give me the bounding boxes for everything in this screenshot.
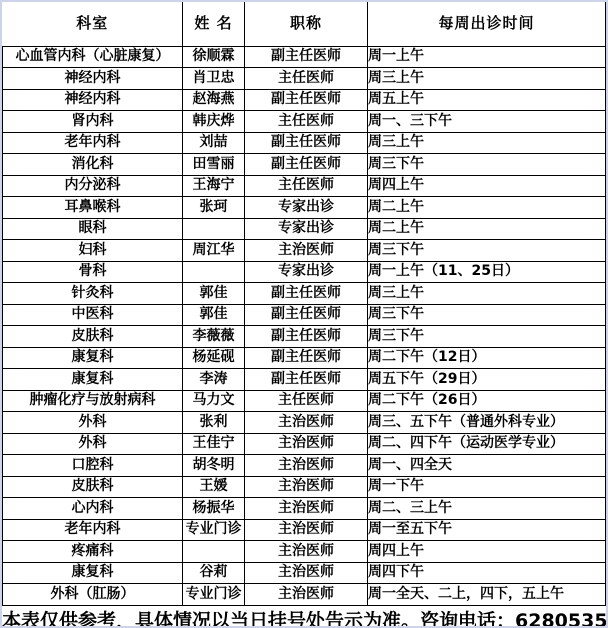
cell-department: 妇科 bbox=[3, 240, 183, 262]
cell-schedule: 周一上午 bbox=[368, 46, 606, 68]
cell-department: 骨科 bbox=[3, 261, 183, 283]
table-row: 骨科专家出诊周一上午（11、25日） bbox=[3, 261, 606, 283]
cell-name: 张珂 bbox=[183, 197, 245, 219]
cell-name: 专业门诊 bbox=[183, 519, 245, 541]
cell-department: 神经内科 bbox=[3, 68, 183, 90]
cell-department: 皮肤科 bbox=[3, 326, 183, 348]
table-row: 老年内科刘喆副主任医师周三上午 bbox=[3, 132, 606, 154]
table-row: 疼痛科主治医师周四上午 bbox=[3, 541, 606, 563]
table-row: 消化科田雪丽副主任医师周三下午 bbox=[3, 154, 606, 176]
cell-title: 副主任医师 bbox=[245, 89, 368, 111]
table-row: 康复科李涛副主任医师周五下午（29日） bbox=[3, 369, 606, 391]
table-row: 肿瘤化疗与放射病科马力文主任医师周二下午（26日） bbox=[3, 390, 606, 412]
cell-name: 韩庆烨 bbox=[183, 111, 245, 133]
cell-schedule: 周一全天、二上，四下，五上午 bbox=[368, 584, 606, 606]
cell-schedule: 周三下午 bbox=[368, 304, 606, 326]
cell-schedule: 周一上午（11、25日） bbox=[368, 261, 606, 283]
cell-title: 主治医师 bbox=[245, 476, 368, 498]
cell-department: 康复科 bbox=[3, 347, 183, 369]
cell-title: 主任医师 bbox=[245, 111, 368, 133]
cell-department: 外科（肛肠） bbox=[3, 584, 183, 606]
cell-department: 心内科 bbox=[3, 498, 183, 520]
table-row: 肾内科韩庆烨主任医师周一、三下午 bbox=[3, 111, 606, 133]
cell-schedule: 周三下午 bbox=[368, 240, 606, 262]
table-row: 神经内科肖卫忠主任医师周三上午 bbox=[3, 68, 606, 90]
cell-department: 口腔科 bbox=[3, 455, 183, 477]
cell-title: 主治医师 bbox=[245, 412, 368, 434]
cell-title: 主治医师 bbox=[245, 433, 368, 455]
table-row: 老年内科专业门诊主治医师周一至五下午 bbox=[3, 519, 606, 541]
table-row: 内分泌科王海宁主任医师周四上午 bbox=[3, 175, 606, 197]
cell-title: 主治医师 bbox=[245, 455, 368, 477]
cell-name: 田雪丽 bbox=[183, 154, 245, 176]
cell-schedule: 周四下午 bbox=[368, 562, 606, 584]
cell-name: 赵海燕 bbox=[183, 89, 245, 111]
table-row: 皮肤科王媛主治医师周一下午 bbox=[3, 476, 606, 498]
doctor-schedule-page: 科室 姓 名 职称 每周出诊时间 心血管内科（心脏康复）徐顺霖副主任医师周一上午… bbox=[0, 0, 608, 628]
cell-name: 谷莉 bbox=[183, 562, 245, 584]
cell-name: 刘喆 bbox=[183, 132, 245, 154]
cell-name bbox=[183, 261, 245, 283]
cell-name: 胡冬明 bbox=[183, 455, 245, 477]
cell-schedule: 周二下午（26日） bbox=[368, 390, 606, 412]
schedule-table-container: 科室 姓 名 职称 每周出诊时间 心血管内科（心脏康复）徐顺霖副主任医师周一上午… bbox=[2, 2, 606, 626]
table-body: 心血管内科（心脏康复）徐顺霖副主任医师周一上午神经内科肖卫忠主任医师周三上午神经… bbox=[3, 46, 606, 605]
cell-department: 外科 bbox=[3, 433, 183, 455]
table-header: 科室 姓 名 职称 每周出诊时间 bbox=[3, 2, 606, 46]
cell-department: 眼科 bbox=[3, 218, 183, 240]
cell-schedule: 周三下午 bbox=[368, 154, 606, 176]
table-row: 妇科周江华主治医师周三下午 bbox=[3, 240, 606, 262]
cell-name: 郭佳 bbox=[183, 304, 245, 326]
cell-name: 张利 bbox=[183, 412, 245, 434]
cell-title: 主任医师 bbox=[245, 175, 368, 197]
cell-department: 康复科 bbox=[3, 369, 183, 391]
cell-title: 主任医师 bbox=[245, 390, 368, 412]
cell-name: 李涛 bbox=[183, 369, 245, 391]
cell-name: 专业门诊 bbox=[183, 584, 245, 606]
table-row: 眼科专家出诊周二上午 bbox=[3, 218, 606, 240]
cell-schedule: 周五上午 bbox=[368, 89, 606, 111]
cell-name: 马力文 bbox=[183, 390, 245, 412]
cell-department: 皮肤科 bbox=[3, 476, 183, 498]
cell-name: 杨延砚 bbox=[183, 347, 245, 369]
table-row: 康复科谷莉主治医师周四下午 bbox=[3, 562, 606, 584]
table-row: 耳鼻喉科张珂专家出诊周二上午 bbox=[3, 197, 606, 219]
cell-schedule: 周一、三下午 bbox=[368, 111, 606, 133]
cell-title: 副主任医师 bbox=[245, 283, 368, 305]
cell-schedule: 周二上午 bbox=[368, 218, 606, 240]
cell-department: 耳鼻喉科 bbox=[3, 197, 183, 219]
cell-title: 副主任医师 bbox=[245, 46, 368, 68]
cell-title: 主治医师 bbox=[245, 562, 368, 584]
table-row: 外科张利主治医师周三、五下午（普通外科专业） bbox=[3, 412, 606, 434]
cell-name: 徐顺霖 bbox=[183, 46, 245, 68]
cell-schedule: 周四上午 bbox=[368, 541, 606, 563]
cell-title: 副主任医师 bbox=[245, 304, 368, 326]
cell-department: 内分泌科 bbox=[3, 175, 183, 197]
cell-title: 主治医师 bbox=[245, 541, 368, 563]
cell-schedule: 周三上午 bbox=[368, 283, 606, 305]
cell-schedule: 周一至五下午 bbox=[368, 519, 606, 541]
header-cell-schedule: 每周出诊时间 bbox=[368, 2, 606, 46]
table-row: 外科（肛肠）专业门诊主治医师周一全天、二上，四下，五上午 bbox=[3, 584, 606, 606]
cell-name bbox=[183, 541, 245, 563]
cell-schedule: 周三上午 bbox=[368, 132, 606, 154]
cell-department: 神经内科 bbox=[3, 89, 183, 111]
cell-schedule: 周一下午 bbox=[368, 476, 606, 498]
cell-title: 主治医师 bbox=[245, 240, 368, 262]
cell-department: 外科 bbox=[3, 412, 183, 434]
cell-department: 康复科 bbox=[3, 562, 183, 584]
cell-title: 专家出诊 bbox=[245, 261, 368, 283]
footer-note: 本表仅供参考，具体情况以当日挂号处告示为准。咨询电话：62805359、6280… bbox=[2, 606, 606, 627]
cell-department: 疼痛科 bbox=[3, 541, 183, 563]
cell-title: 主治医师 bbox=[245, 584, 368, 606]
cell-title: 副主任医师 bbox=[245, 326, 368, 348]
table-row: 心内科杨振华主治医师周二、三上午 bbox=[3, 498, 606, 520]
cell-name: 王海宁 bbox=[183, 175, 245, 197]
cell-schedule: 周五下午（29日） bbox=[368, 369, 606, 391]
cell-department: 心血管内科（心脏康复） bbox=[3, 46, 183, 68]
cell-department: 老年内科 bbox=[3, 132, 183, 154]
cell-title: 主治医师 bbox=[245, 498, 368, 520]
cell-schedule: 周二、三上午 bbox=[368, 498, 606, 520]
cell-title: 主治医师 bbox=[245, 519, 368, 541]
cell-name: 周江华 bbox=[183, 240, 245, 262]
table-row: 针灸科郭佳副主任医师周三上午 bbox=[3, 283, 606, 305]
header-cell-department: 科室 bbox=[3, 2, 183, 46]
cell-name: 杨振华 bbox=[183, 498, 245, 520]
cell-schedule: 周四上午 bbox=[368, 175, 606, 197]
cell-name: 王佳宁 bbox=[183, 433, 245, 455]
cell-name: 李薇薇 bbox=[183, 326, 245, 348]
cell-name: 郭佳 bbox=[183, 283, 245, 305]
doctor-schedule-table: 科室 姓 名 职称 每周出诊时间 心血管内科（心脏康复）徐顺霖副主任医师周一上午… bbox=[2, 2, 606, 606]
cell-department: 针灸科 bbox=[3, 283, 183, 305]
cell-schedule: 周三上午 bbox=[368, 68, 606, 90]
cell-title: 副主任医师 bbox=[245, 132, 368, 154]
cell-department: 中医科 bbox=[3, 304, 183, 326]
cell-schedule: 周三下午 bbox=[368, 326, 606, 348]
cell-title: 专家出诊 bbox=[245, 218, 368, 240]
table-row: 皮肤科李薇薇副主任医师周三下午 bbox=[3, 326, 606, 348]
cell-schedule: 周二、四下午（运动医学专业） bbox=[368, 433, 606, 455]
cell-department: 肾内科 bbox=[3, 111, 183, 133]
table-row: 神经内科赵海燕副主任医师周五上午 bbox=[3, 89, 606, 111]
cell-department: 肿瘤化疗与放射病科 bbox=[3, 390, 183, 412]
cell-title: 副主任医师 bbox=[245, 347, 368, 369]
header-cell-title: 职称 bbox=[245, 2, 368, 46]
cell-schedule: 周二下午（12日） bbox=[368, 347, 606, 369]
cell-name bbox=[183, 218, 245, 240]
header-cell-name: 姓 名 bbox=[183, 2, 245, 46]
table-row: 心血管内科（心脏康复）徐顺霖副主任医师周一上午 bbox=[3, 46, 606, 68]
cell-schedule: 周一、四全天 bbox=[368, 455, 606, 477]
table-row: 中医科郭佳副主任医师周三下午 bbox=[3, 304, 606, 326]
cell-title: 副主任医师 bbox=[245, 369, 368, 391]
table-row: 康复科杨延砚副主任医师周二下午（12日） bbox=[3, 347, 606, 369]
table-row: 外科王佳宁主治医师周二、四下午（运动医学专业） bbox=[3, 433, 606, 455]
table-row: 口腔科胡冬明主治医师周一、四全天 bbox=[3, 455, 606, 477]
cell-schedule: 周二上午 bbox=[368, 197, 606, 219]
cell-title: 专家出诊 bbox=[245, 197, 368, 219]
cell-title: 主任医师 bbox=[245, 68, 368, 90]
cell-department: 老年内科 bbox=[3, 519, 183, 541]
header-row: 科室 姓 名 职称 每周出诊时间 bbox=[3, 2, 606, 46]
cell-schedule: 周三、五下午（普通外科专业） bbox=[368, 412, 606, 434]
cell-title: 副主任医师 bbox=[245, 154, 368, 176]
cell-name: 王媛 bbox=[183, 476, 245, 498]
cell-name: 肖卫忠 bbox=[183, 68, 245, 90]
cell-department: 消化科 bbox=[3, 154, 183, 176]
